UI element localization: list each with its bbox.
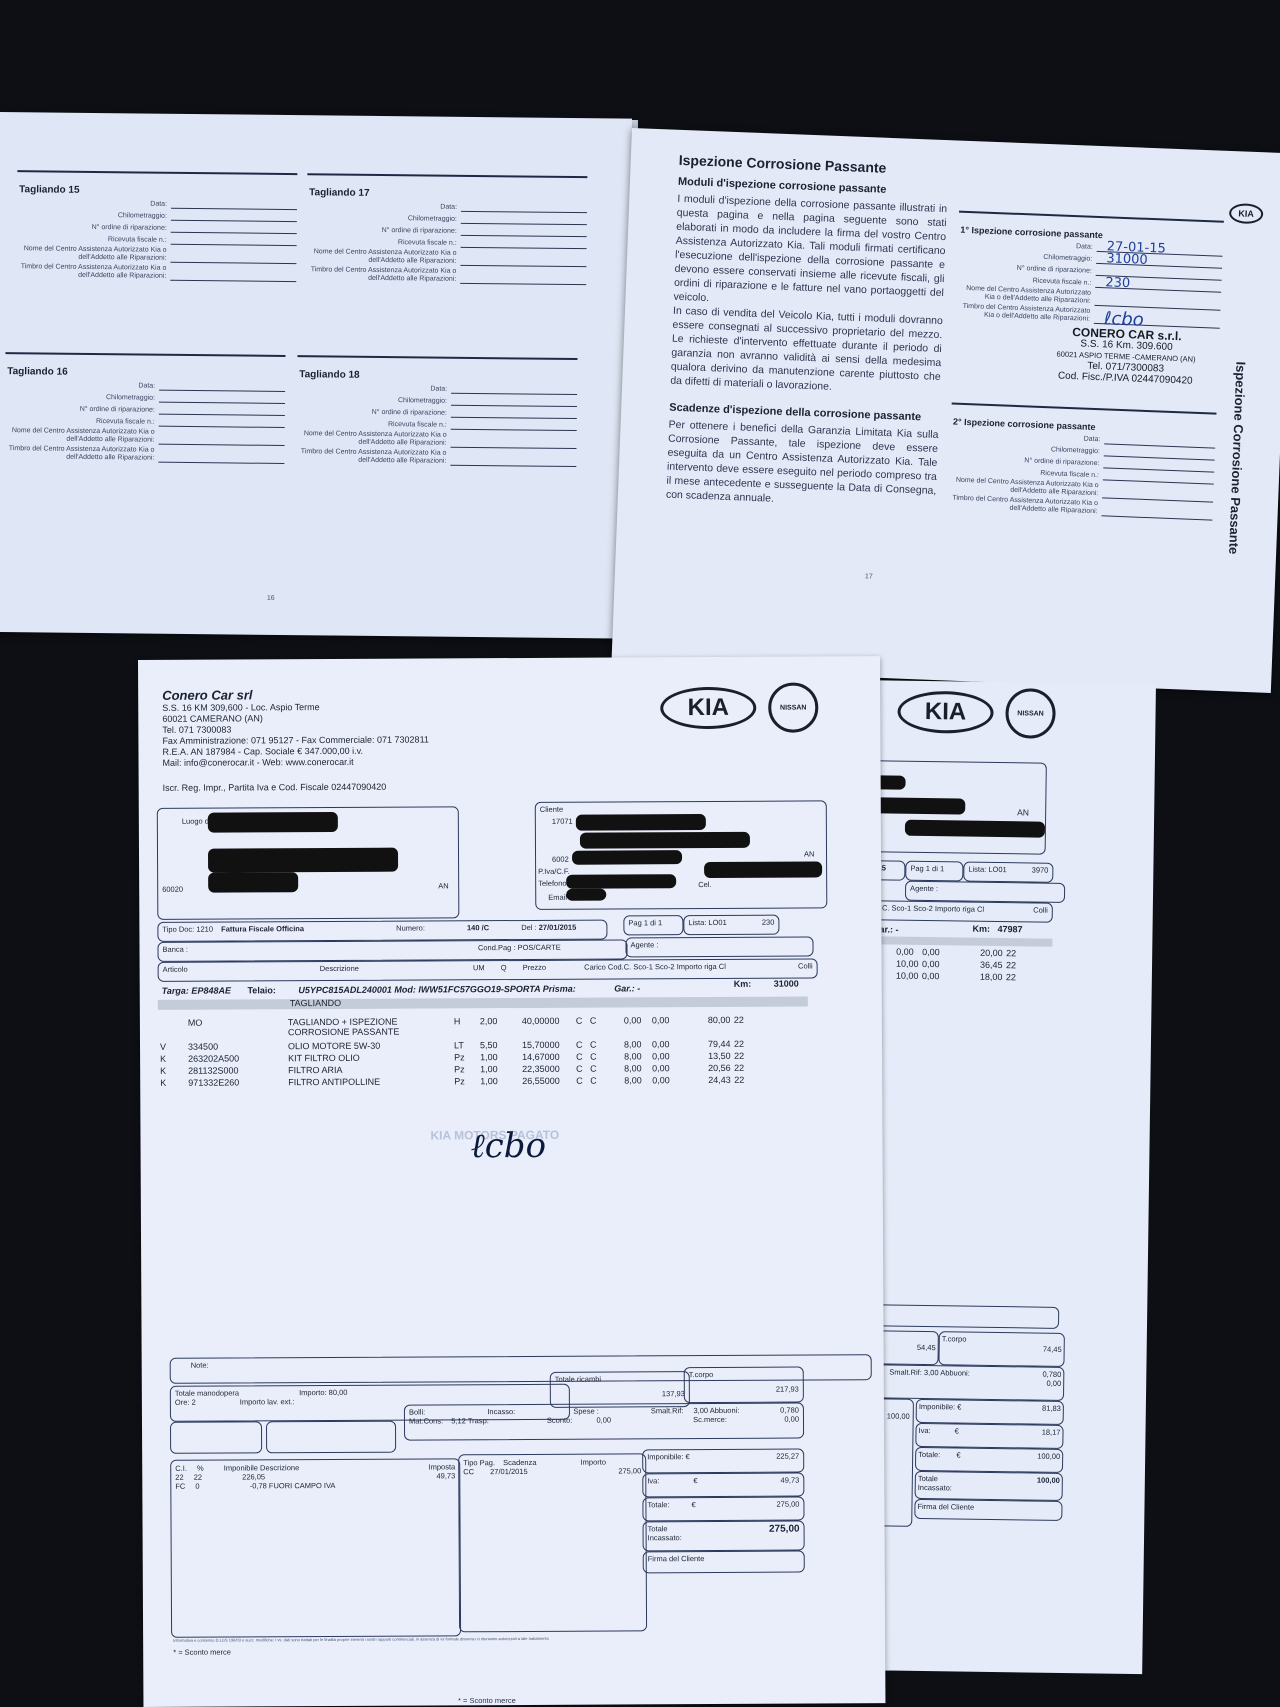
blank-field-line: [450, 456, 576, 467]
blank-field-line: [171, 235, 297, 246]
back-line-item-iva: 22: [1006, 972, 1016, 982]
redaction: [208, 812, 338, 833]
page-number: 17: [865, 573, 873, 580]
blank-field-line: [159, 393, 285, 404]
form-field-row: Chilometraggio:: [307, 212, 587, 225]
form-field-row: Data:: [297, 382, 577, 395]
back-line-item-sco2: 0,00: [922, 947, 940, 957]
line-item-iva: 22: [734, 1039, 744, 1049]
paragraph-vendita: In caso di vendita del Veicolo Kia, tutt…: [670, 304, 943, 398]
blank-field-line: [170, 253, 296, 264]
redaction: [208, 848, 398, 873]
payment-box: Tipo Pag. Scadenza Importo CC27/01/20152…: [458, 1453, 647, 1632]
footnote: * = Sconto merce: [173, 1648, 231, 1657]
line-item-um: Pz: [454, 1064, 465, 1074]
booklet-right-page: Ispezione Corrosione Passante Moduli d'i…: [611, 128, 1280, 693]
line-item-desc: TAGLIANDO + ISPEZIONE CORROSIONE PASSANT…: [288, 1016, 438, 1037]
nissan-logo-icon: NISSAN: [1005, 688, 1056, 739]
vat-summary-table: C.I. % Imponibile Descrizione Imposta 22…: [170, 1458, 461, 1638]
blank-field-line: [451, 396, 577, 407]
inspection-1-form: 1° Ispezione corrosione passante Data:27…: [953, 211, 1224, 388]
blank-field-line: [1101, 506, 1212, 520]
invoice-number: 140 /C: [467, 923, 489, 932]
tagliando-15-form: Tagliando 15 Data:Chilometraggio:N° ordi…: [16, 170, 297, 282]
nissan-logo-icon: NISSAN: [768, 682, 818, 732]
form-fields: Data:Chilometraggio:N° ordine di riparaz…: [16, 197, 297, 282]
inspection-2-form: 2° Ispezione corrosione passante Data:Ch…: [948, 402, 1217, 520]
blank-field-line: [159, 381, 285, 392]
side-tab-title: Ispezione Corrosione Passante: [1226, 361, 1248, 554]
kia-logo-icon: KIA: [660, 687, 756, 730]
line-item-sco1: 8,00: [624, 1075, 642, 1085]
destination-box: Luogo di destinazione 60020 AN: [157, 806, 460, 920]
form-fields: Data:Chilometraggio:N° ordine di riparaz…: [948, 428, 1216, 520]
line-item-um: LT: [454, 1040, 464, 1050]
blank-field-line: [461, 214, 587, 225]
line-item-flag: V: [160, 1042, 166, 1052]
empty-box: [266, 1421, 396, 1454]
form-field-row: Nome del Centro Assistenza Autorizzato K…: [297, 430, 577, 449]
line-item-flag: K: [160, 1054, 166, 1064]
form-fields: Data:Chilometraggio:N° ordine di riparaz…: [306, 200, 587, 285]
page-indicator: Pag 1 di 1: [905, 861, 963, 882]
blank-field-line: [159, 435, 285, 446]
redaction: [576, 814, 706, 831]
redaction: [566, 889, 606, 901]
line-item-amount: 80,00: [708, 1015, 731, 1025]
section-title: Tagliando 17: [309, 187, 587, 201]
blank-field-line: [461, 202, 587, 213]
line-item-amount: 79,44: [708, 1039, 731, 1049]
iva-box: Iva: €18,17: [915, 1423, 1063, 1449]
form-field-row: Timbro del Centro Assistenza Autorizzato…: [16, 263, 296, 282]
line-item-amount: 24,43: [708, 1075, 731, 1085]
blank-field-line: [461, 226, 587, 237]
line-item-iva: 22: [734, 1075, 744, 1085]
line-item-amount: 13,50: [708, 1051, 731, 1061]
form-field-row: N° ordine di riparazione:: [5, 403, 285, 416]
line-item-c2: C: [590, 1040, 597, 1050]
incassato-box: Totale Incassato:275,00: [643, 1521, 805, 1552]
signature: ℓcbo: [470, 1126, 546, 1166]
blank-field-line: [461, 238, 587, 249]
blank-field-line: [171, 211, 297, 222]
line-item-flag: K: [160, 1066, 166, 1076]
back-line-item-amount: 20,00: [980, 948, 1003, 958]
back-line-item-iva: 22: [1006, 948, 1016, 958]
page-indicator: Pag 1 di 1: [623, 915, 683, 935]
invoice-main-sheet: Conero Car srl S.S. 16 KM 309,600 - Loc.…: [138, 656, 885, 1707]
km-reading: Km: 31000: [734, 979, 799, 989]
line-item-code: 334500: [188, 1042, 218, 1052]
tagliando-18-form: Tagliando 18 Data:Chilometraggio:N° ordi…: [296, 355, 577, 467]
tcorpo-box: T.corpo217,93: [684, 1367, 804, 1404]
line-item-price: 14,67000: [522, 1052, 560, 1062]
form-field-row: Data:: [5, 379, 285, 392]
line-item-code: 971332E260: [188, 1077, 239, 1087]
divider: [307, 173, 587, 178]
form-field-row: N° ordine di riparazione:: [17, 221, 297, 234]
iva-box: Iva:€49,73: [642, 1473, 804, 1498]
tagliando-16-form: Tagliando 16 Data:Chilometraggio:N° ordi…: [4, 352, 285, 464]
section-title: Tagliando 18: [299, 369, 577, 383]
redaction: [208, 872, 298, 892]
redaction: [704, 861, 822, 878]
line-item-c2: C: [590, 1016, 597, 1026]
back-line-item-sco1: 10,00: [896, 971, 919, 981]
line-item-code: 281132S000: [188, 1065, 238, 1075]
form-field-row: N° ordine di riparazione:: [297, 406, 577, 419]
form-field-row: Data:: [307, 200, 587, 213]
line-item-desc: FILTRO ARIA: [288, 1064, 438, 1075]
line-item-price: 40,00000: [522, 1016, 560, 1026]
line-item-sco2: 0,00: [652, 1051, 670, 1061]
line-item-c1: C: [576, 1040, 583, 1050]
vehicle-info: Targa: EP848AE Telaio: U5YPC815ADL240001…: [162, 983, 641, 996]
form-field-row: Data:: [17, 197, 297, 210]
page-number: 16: [267, 595, 275, 602]
license-plate: EP848AE: [191, 986, 231, 996]
invoice-back-sheet: KIA NISSAN AN 16/12/2015 Pag 1 di 1 List…: [842, 680, 1156, 1674]
blank-field-line: [460, 274, 586, 285]
tcorpo-box: T.corpo74,45: [938, 1331, 1064, 1367]
form-fields: Data:Chilometraggio:N° ordine di riparaz…: [296, 382, 577, 467]
incassato-box: Totale Incassato:100,00: [915, 1471, 1063, 1501]
section-title: Tagliando 15: [19, 184, 297, 198]
line-item-q: 2,00: [480, 1016, 498, 1026]
section-title: TAGLIANDO: [290, 998, 341, 1008]
line-items: MOTAGLIANDO + ISPEZIONE CORROSIONE PASSA…: [138, 656, 880, 660]
line-item-sco1: 8,00: [624, 1039, 642, 1049]
form-field-row: Timbro del Centro Assistenza Autorizzato…: [4, 445, 284, 464]
paragraph-scadenze: Per ottenere i benefici della Garanzia L…: [666, 418, 939, 512]
line-item-flag: K: [160, 1078, 166, 1088]
firma-box: Firma del Cliente: [914, 1499, 1062, 1521]
line-item-q: 1,00: [480, 1052, 498, 1062]
line-item-um: Pz: [454, 1076, 465, 1086]
kia-logo-icon: KIA: [1229, 203, 1264, 224]
line-item-c1: C: [576, 1064, 583, 1074]
km-reading: Km: 47987: [972, 924, 1022, 935]
line-item-sco1: 8,00: [624, 1063, 642, 1073]
form-field-row: Ricevuta fiscale n.:: [297, 418, 577, 431]
blank-field-line: [451, 420, 577, 431]
redaction: [572, 850, 682, 865]
blank-field-line: [451, 408, 577, 419]
redaction: [566, 874, 676, 889]
line-item-sco2: 0,00: [652, 1015, 670, 1025]
company-name: Conero Car srl: [162, 686, 429, 702]
divider: [959, 211, 1224, 223]
form-field-row: Ricevuta fiscale n.:: [5, 415, 285, 428]
blank-field-line: [171, 199, 297, 210]
line-item-price: 22,35000: [522, 1064, 560, 1074]
section-title: Tagliando 16: [7, 366, 285, 380]
doc-type-row: Tipo Doc: 1210 Fattura Fiscale Officina …: [157, 920, 607, 942]
line-item-um: Pz: [454, 1052, 465, 1062]
blank-field-line: [451, 384, 577, 395]
empty-box: [170, 1421, 262, 1453]
line-item-c2: C: [590, 1076, 597, 1086]
line-item-iva: 22: [734, 1063, 744, 1073]
tagliando-17-form: Tagliando 17 Data:Chilometraggio:N° ordi…: [306, 173, 587, 285]
kia-logo-icon: KIA: [897, 691, 994, 734]
info-text-column: Moduli d'ispezione corrosione passante I…: [666, 176, 948, 512]
line-item-um: H: [454, 1016, 461, 1026]
booklet-left-page: Tagliando 15 Data:Chilometraggio:N° ordi…: [0, 112, 632, 639]
page-title: Ispezione Corrosione Passante: [679, 152, 887, 176]
line-item-q: 1,00: [480, 1064, 498, 1074]
line-item-desc: FILTRO ANTIPOLLINE: [288, 1076, 438, 1087]
line-item-c2: C: [590, 1052, 597, 1062]
back-line-item-sco2: 0,00: [922, 971, 940, 981]
line-item-code: MO: [188, 1018, 203, 1028]
form-field-row: Chilometraggio:: [297, 394, 577, 407]
column-header-row: Articolo Descrizione UM Q Prezzo Carico …: [158, 958, 818, 981]
back-line-item-iva: 22: [1006, 960, 1016, 970]
line-item-c1: C: [576, 1076, 583, 1086]
blank-field-line: [170, 271, 296, 282]
divider: [952, 402, 1217, 414]
form-field-row: Ricevuta fiscale n.:: [307, 236, 587, 249]
line-item-q: 1,00: [480, 1076, 498, 1086]
line-item-price: 15,70000: [522, 1040, 560, 1050]
invoice-date: 27/01/2015: [539, 923, 577, 932]
customer-signature-box: Firma del Cliente: [643, 1551, 805, 1574]
back-line-item-amount: 36,45: [980, 960, 1003, 970]
agent-field: Agente :: [625, 936, 813, 957]
line-item-iva: 22: [734, 1051, 744, 1061]
line-item-q: 5,50: [480, 1040, 498, 1050]
bank-row: Banca :Cond.Pag : POS/CARTE: [157, 939, 627, 961]
blank-field-line: [159, 405, 285, 416]
blank-field-line: [171, 223, 297, 234]
form-field-row: Nome del Centro Assistenza Autorizzato K…: [306, 248, 586, 267]
imponibile-box: Imponibile: €81,83: [916, 1399, 1064, 1425]
form-field-row: Chilometraggio:: [5, 391, 285, 404]
line-item-c2: C: [590, 1064, 597, 1074]
back-line-item-sco2: 0,00: [922, 959, 940, 969]
line-item-price: 26,55000: [522, 1076, 560, 1086]
line-item-code: 263202A500: [188, 1053, 239, 1063]
price-list: Lista: LO01 3970: [963, 862, 1053, 883]
back-line-item-amount: 18,00: [980, 972, 1003, 982]
form-field-row: N° ordine di riparazione:: [307, 224, 587, 237]
blank-field-line: [158, 453, 284, 464]
line-item-sco2: 0,00: [652, 1063, 670, 1073]
line-item-c1: C: [576, 1016, 583, 1026]
totale-box: Totale:€275,00: [642, 1497, 804, 1522]
form-field-row: Timbro del Centro Assistenza Autorizzato…: [306, 266, 586, 285]
line-item-c1: C: [576, 1052, 583, 1062]
line-item-iva: 22: [734, 1015, 744, 1025]
line-item-desc: OLIO MOTORE 5W-30: [288, 1040, 438, 1051]
blank-field-line: [460, 256, 586, 267]
form-field-row: Chilometraggio:: [17, 209, 297, 222]
agent-field: Agente :: [905, 881, 1065, 903]
form-field-row: Nome del Centro Assistenza Autorizzato K…: [16, 245, 296, 264]
line-item-sco1: 0,00: [624, 1015, 642, 1025]
paragraph-moduli: I moduli d'ispezione della corrosione pa…: [673, 192, 947, 314]
back-line-item-sco1: 10,00: [896, 959, 919, 969]
form-field-row: Timbro del Centro Assistenza Autorizzato…: [296, 448, 576, 467]
handwritten-receipt: 230: [1095, 278, 1221, 293]
divider: [17, 170, 297, 175]
line-item-sco2: 0,00: [652, 1075, 670, 1085]
redaction: [905, 820, 1045, 838]
form-fields: Data:Chilometraggio:N° ordine di riparaz…: [4, 379, 285, 464]
blank-field-line: [451, 438, 577, 449]
form-field-row: Nome del Centro Assistenza Autorizzato K…: [5, 427, 285, 446]
form-field-row: Ricevuta fiscale n.:: [17, 233, 297, 246]
charges-box: Bolli: Incasso: Spese : Smalt.Rif: 3,00 …: [404, 1403, 804, 1441]
back-footnote: * = Sconto merce: [458, 1696, 516, 1705]
blank-field-line: [159, 417, 285, 428]
line-item-sco1: 8,00: [624, 1051, 642, 1061]
client-box: Cliente 17071 6002 AN P.Iva/C.F. Telefon…: [535, 800, 828, 910]
redaction: [580, 832, 750, 849]
divider: [5, 352, 285, 357]
company-header: Conero Car srl S.S. 16 KM 309,600 - Loc.…: [162, 686, 429, 793]
line-item-desc: KIT FILTRO OLIO: [288, 1052, 438, 1063]
divider: [297, 355, 577, 360]
line-item-sco2: 0,00: [652, 1039, 670, 1049]
price-list: Lista: LO01230: [683, 915, 779, 936]
imponibile-box: Imponibile: €225,27: [642, 1449, 804, 1474]
registry-info: Iscr. Reg. Impr., Partita Iva e Cod. Fis…: [163, 781, 430, 793]
dealer-stamp: CONERO CAR s.r.l. S.S. 16 Km. 309.600 60…: [1033, 326, 1220, 388]
back-line-item-sco1: 0,00: [896, 947, 914, 957]
totale-box: Totale: €100,00: [915, 1447, 1063, 1473]
line-item-amount: 20,56: [708, 1063, 731, 1073]
